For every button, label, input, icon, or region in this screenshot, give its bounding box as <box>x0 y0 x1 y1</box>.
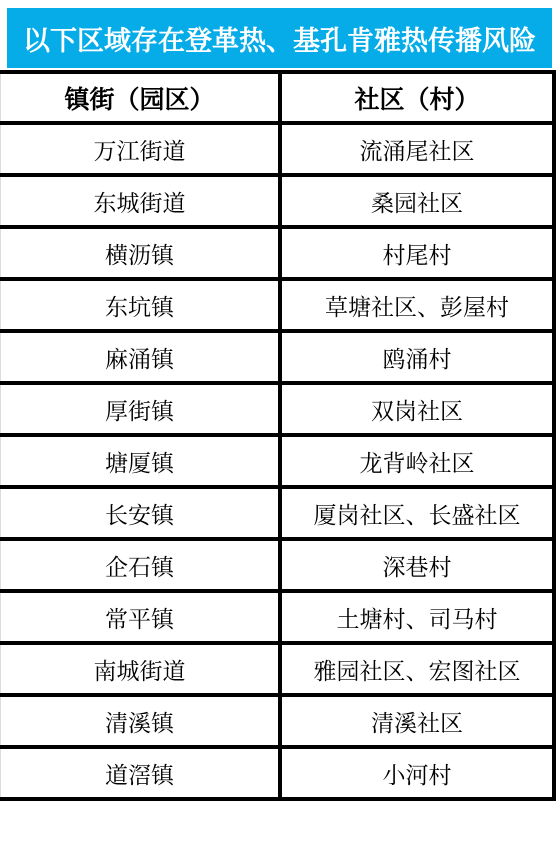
community-cell: 村尾村 <box>280 227 554 279</box>
table-row: 道滘镇 小河村 <box>1 747 555 799</box>
risk-area-table: 镇街（园区） 社区（村） 万江街道 流涌尾社区 东城街道 桑园社区 横沥镇 村尾… <box>0 70 556 801</box>
risk-banner: 以下区域存在登革热、基孔肯雅热传播风险 <box>7 8 552 68</box>
table-row: 企石镇 深巷村 <box>1 539 555 591</box>
town-cell: 南城街道 <box>1 643 281 695</box>
town-column-header: 镇街（园区） <box>1 72 281 123</box>
community-cell: 桑园社区 <box>280 175 554 227</box>
community-cell: 雅园社区、宏图社区 <box>280 643 554 695</box>
community-cell: 土塘村、司马村 <box>280 591 554 643</box>
table-row: 塘厦镇 龙背岭社区 <box>1 435 555 487</box>
community-column-header: 社区（村） <box>280 72 554 123</box>
table-header: 镇街（园区） 社区（村） <box>1 72 555 123</box>
town-cell: 厚街镇 <box>1 383 281 435</box>
town-cell: 东城街道 <box>1 175 281 227</box>
town-cell: 东坑镇 <box>1 279 281 331</box>
table-row: 东坑镇 草塘社区、彭屋村 <box>1 279 555 331</box>
town-cell: 常平镇 <box>1 591 281 643</box>
town-cell: 企石镇 <box>1 539 281 591</box>
town-cell: 清溪镇 <box>1 695 281 747</box>
header-row: 镇街（园区） 社区（村） <box>1 72 555 123</box>
table-row: 南城街道 雅园社区、宏图社区 <box>1 643 555 695</box>
town-cell: 横沥镇 <box>1 227 281 279</box>
town-cell: 麻涌镇 <box>1 331 281 383</box>
table-row: 清溪镇 清溪社区 <box>1 695 555 747</box>
community-cell: 流涌尾社区 <box>280 123 554 175</box>
table-row: 麻涌镇 鸥涌村 <box>1 331 555 383</box>
community-cell: 双岗社区 <box>280 383 554 435</box>
community-cell: 深巷村 <box>280 539 554 591</box>
banner-title: 以下区域存在登革热、基孔肯雅热传播风险 <box>23 19 536 58</box>
community-cell: 小河村 <box>280 747 554 799</box>
town-cell: 道滘镇 <box>1 747 281 799</box>
town-cell: 长安镇 <box>1 487 281 539</box>
community-cell: 鸥涌村 <box>280 331 554 383</box>
community-cell: 龙背岭社区 <box>280 435 554 487</box>
notice-page: 以下区域存在登革热、基孔肯雅热传播风险 镇街（园区） 社区（村） 万江街道 流涌… <box>0 0 559 855</box>
community-cell: 草塘社区、彭屋村 <box>280 279 554 331</box>
town-cell: 塘厦镇 <box>1 435 281 487</box>
table-row: 常平镇 土塘村、司马村 <box>1 591 555 643</box>
table-row: 厚街镇 双岗社区 <box>1 383 555 435</box>
table-row: 万江街道 流涌尾社区 <box>1 123 555 175</box>
community-cell: 清溪社区 <box>280 695 554 747</box>
table-row: 长安镇 厦岗社区、长盛社区 <box>1 487 555 539</box>
table-row: 东城街道 桑园社区 <box>1 175 555 227</box>
table-body: 万江街道 流涌尾社区 东城街道 桑园社区 横沥镇 村尾村 东坑镇 草塘社区、彭屋… <box>1 123 555 799</box>
community-cell: 厦岗社区、长盛社区 <box>280 487 554 539</box>
town-cell: 万江街道 <box>1 123 281 175</box>
table-row: 横沥镇 村尾村 <box>1 227 555 279</box>
